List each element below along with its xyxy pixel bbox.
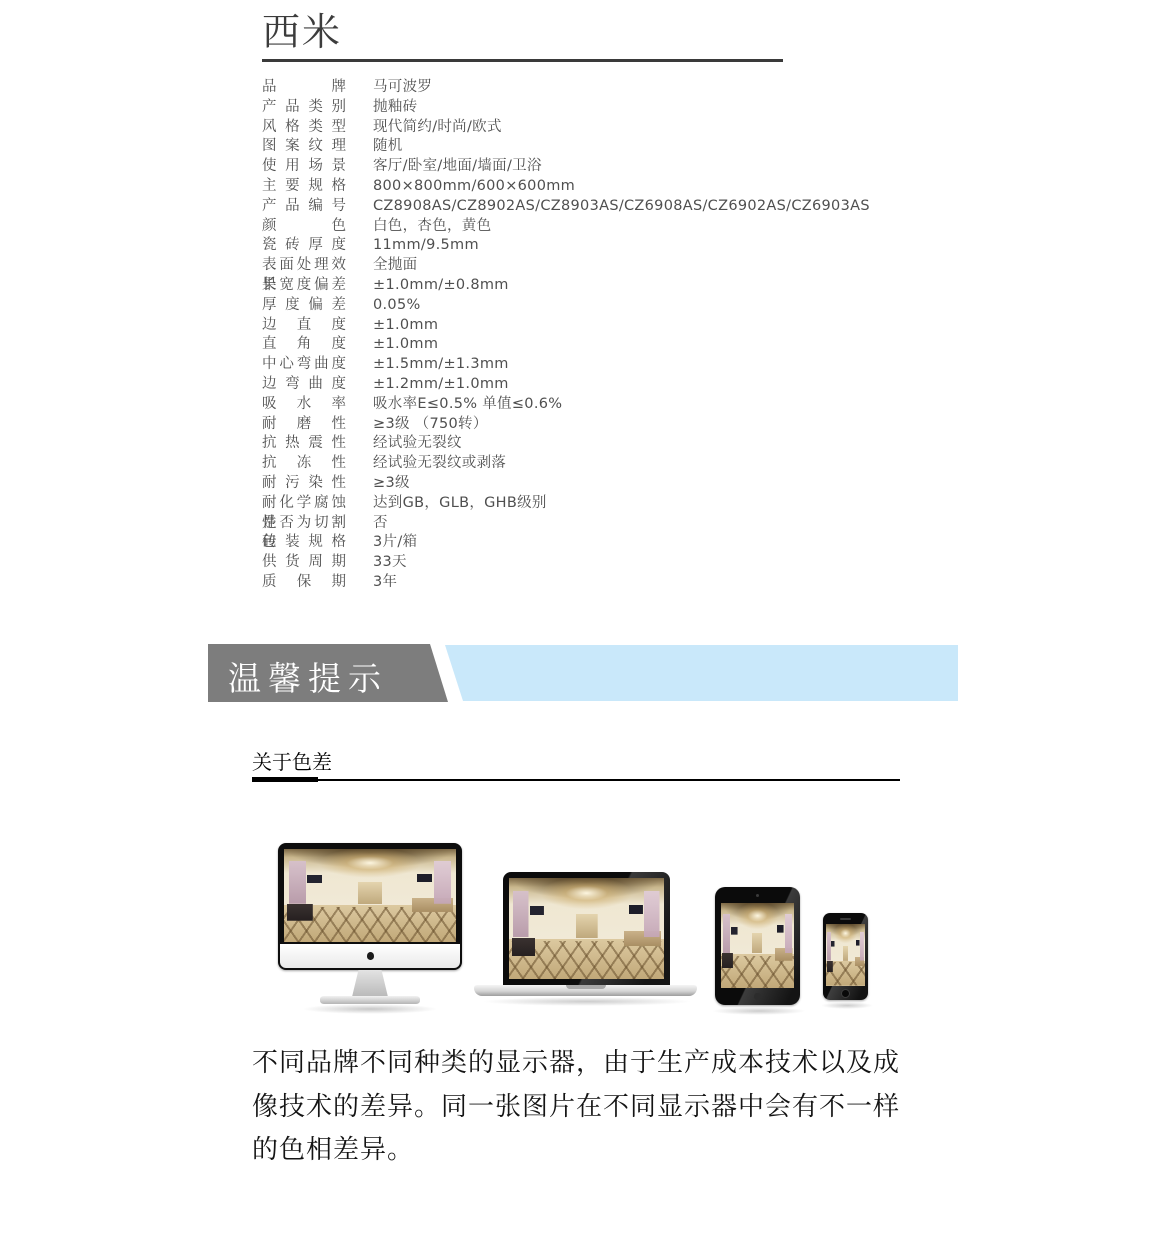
spec-label: 耐磨性 — [262, 415, 346, 435]
spec-label: 厚度偏差 — [262, 296, 346, 316]
spec-row: 瓷砖厚度 11mm/9.5mm — [262, 236, 902, 256]
tablet-home-button — [754, 993, 761, 1000]
spec-row: 使用场景 客厅/卧室/地面/墙面/卫浴 — [262, 157, 902, 177]
spec-label: 供货周期 — [262, 553, 346, 573]
spec-value: 白色，杏色，黄色 — [373, 217, 491, 237]
spec-label: 长宽度偏差 — [262, 276, 346, 296]
tablet-shadow — [712, 1007, 806, 1015]
tablet-frame — [715, 887, 800, 1005]
color-difference-paragraph: 不同品牌不同种类的显示器，由于生产成本技术以及成像技术的差异。同一张图片在不同显… — [252, 1042, 914, 1173]
phone-shadow — [821, 1002, 873, 1009]
imac-stand-neck — [352, 970, 388, 997]
tablet-room-image — [721, 903, 794, 988]
phone-room-image — [826, 924, 865, 986]
spec-label: 表面处理效果 — [262, 256, 346, 276]
apple-logo-icon — [367, 952, 374, 960]
spec-value: 马可波罗 — [373, 78, 432, 98]
spec-list: 品牌 马可波罗 产品类别 抛釉砖 风格类型 现代简约/时尚/欧式 图案纹理 随机… — [262, 78, 902, 593]
spec-row: 厚度偏差 0.05% — [262, 296, 902, 316]
spec-row: 耐污染性 ≥3级 — [262, 474, 902, 494]
spec-label: 吸水率 — [262, 395, 346, 415]
laptop-screen — [503, 872, 670, 985]
spec-row: 品牌 马可波罗 — [262, 78, 902, 98]
spec-label: 质保期 — [262, 573, 346, 593]
spec-value: 33天 — [373, 553, 407, 573]
spec-row: 表面处理效果 全抛面 — [262, 256, 902, 276]
laptop-base — [474, 985, 697, 996]
banner-blue-stripe — [437, 645, 958, 701]
color-difference-underline — [252, 779, 900, 781]
spec-row: 中心弯曲度 ±1.5mm/±1.3mm — [262, 355, 902, 375]
spec-label: 抗冻性 — [262, 454, 346, 474]
spec-value: CZ8908AS/CZ8902AS/CZ8903AS/CZ6908AS/CZ69… — [373, 197, 870, 217]
spec-label: 使用场景 — [262, 157, 346, 177]
spec-label: 包装规格 — [262, 533, 346, 553]
devices-illustration — [250, 835, 910, 1020]
spec-value: ±1.0mm — [373, 335, 438, 355]
phone-frame — [823, 913, 868, 1000]
laptop-room-image — [509, 878, 664, 979]
product-title: 西米 — [262, 10, 342, 54]
spec-value: 11mm/9.5mm — [373, 236, 479, 256]
imac-shadow — [302, 1004, 438, 1014]
spec-value: 吸水率E≤0.5% 单值≤0.6% — [373, 395, 562, 415]
spec-value: 客厅/卧室/地面/墙面/卫浴 — [373, 157, 542, 177]
spec-value: ≥3级 （750转） — [373, 415, 488, 435]
notice-banner-title: 温馨提示 — [228, 653, 388, 700]
phone-speaker-icon — [840, 918, 851, 920]
spec-row: 产品编号 CZ8908AS/CZ8902AS/CZ8903AS/CZ6908AS… — [262, 197, 902, 217]
spec-label: 是否为切割砖 — [262, 514, 346, 534]
spec-label: 图案纹理 — [262, 137, 346, 157]
phone-home-button — [841, 989, 850, 998]
spec-value: 抛釉砖 — [373, 98, 417, 118]
spec-row: 长宽度偏差 ±1.0mm/±0.8mm — [262, 276, 902, 296]
color-difference-heading: 关于色差 — [252, 746, 332, 775]
spec-row: 产品类别 抛釉砖 — [262, 98, 902, 118]
spec-value: 达到GB，GLB，GHB级别 — [373, 494, 547, 514]
spec-label: 主要规格 — [262, 177, 346, 197]
spec-label: 风格类型 — [262, 118, 346, 138]
laptop-shadow — [482, 997, 692, 1006]
spec-value: 经试验无裂纹 — [373, 434, 462, 454]
spec-row: 抗热震性 经试验无裂纹 — [262, 434, 902, 454]
imac-chin — [280, 944, 460, 968]
spec-label: 边弯曲度 — [262, 375, 346, 395]
spec-value: ≥3级 — [373, 474, 410, 494]
spec-row: 是否为切割砖 否 — [262, 514, 902, 534]
spec-row: 颜色 白色，杏色，黄色 — [262, 217, 902, 237]
title-underline — [262, 59, 783, 62]
product-detail-page: 西米 品牌 马可波罗 产品类别 抛釉砖 风格类型 现代简约/时尚/欧式 图案纹理… — [0, 0, 1171, 1244]
spec-label: 品牌 — [262, 78, 346, 98]
spec-row: 耐化学腐蚀性 达到GB，GLB，GHB级别 — [262, 494, 902, 514]
spec-row: 包装规格 3片/箱 — [262, 533, 902, 553]
spec-label: 边直度 — [262, 316, 346, 336]
spec-value: ±1.5mm/±1.3mm — [373, 355, 509, 375]
spec-row: 风格类型 现代简约/时尚/欧式 — [262, 118, 902, 138]
laptop-lid-notch — [566, 985, 606, 989]
imac-stand-base — [320, 996, 420, 1004]
imac-monitor — [278, 843, 462, 970]
spec-row: 供货周期 33天 — [262, 553, 902, 573]
spec-row: 吸水率 吸水率E≤0.5% 单值≤0.6% — [262, 395, 902, 415]
spec-label: 产品类别 — [262, 98, 346, 118]
spec-value: 3年 — [373, 573, 397, 593]
spec-label: 直角度 — [262, 335, 346, 355]
spec-row: 直角度 ±1.0mm — [262, 335, 902, 355]
spec-label: 耐污染性 — [262, 474, 346, 494]
spec-value: 0.05% — [373, 296, 421, 316]
tablet-camera-icon — [756, 894, 759, 897]
spec-row: 边直度 ±1.0mm — [262, 316, 902, 336]
spec-label: 抗热震性 — [262, 434, 346, 454]
spec-row: 抗冻性 经试验无裂纹或剥落 — [262, 454, 902, 474]
spec-row: 主要规格 800×800mm/600×600mm — [262, 177, 902, 197]
spec-row: 边弯曲度 ±1.2mm/±1.0mm — [262, 375, 902, 395]
spec-value: 800×800mm/600×600mm — [373, 177, 575, 197]
spec-label: 瓷砖厚度 — [262, 236, 346, 256]
spec-value: 否 — [373, 514, 388, 534]
spec-value: 3片/箱 — [373, 533, 417, 553]
spec-value: ±1.0mm/±0.8mm — [373, 276, 509, 296]
spec-label: 产品编号 — [262, 197, 346, 217]
spec-value: ±1.2mm/±1.0mm — [373, 375, 509, 395]
spec-row: 耐磨性 ≥3级 （750转） — [262, 415, 902, 435]
spec-value: 经试验无裂纹或剥落 — [373, 454, 506, 474]
spec-value: 全抛面 — [373, 256, 417, 276]
spec-value: 现代简约/时尚/欧式 — [373, 118, 502, 138]
spec-label: 颜色 — [262, 217, 346, 237]
notice-banner: 温馨提示 — [208, 644, 958, 702]
spec-value: 随机 — [373, 137, 403, 157]
spec-row: 质保期 3年 — [262, 573, 902, 593]
spec-row: 图案纹理 随机 — [262, 137, 902, 157]
spec-value: ±1.0mm — [373, 316, 438, 336]
imac-room-image — [284, 849, 456, 942]
spec-label: 耐化学腐蚀性 — [262, 494, 346, 514]
spec-label: 中心弯曲度 — [262, 355, 346, 375]
